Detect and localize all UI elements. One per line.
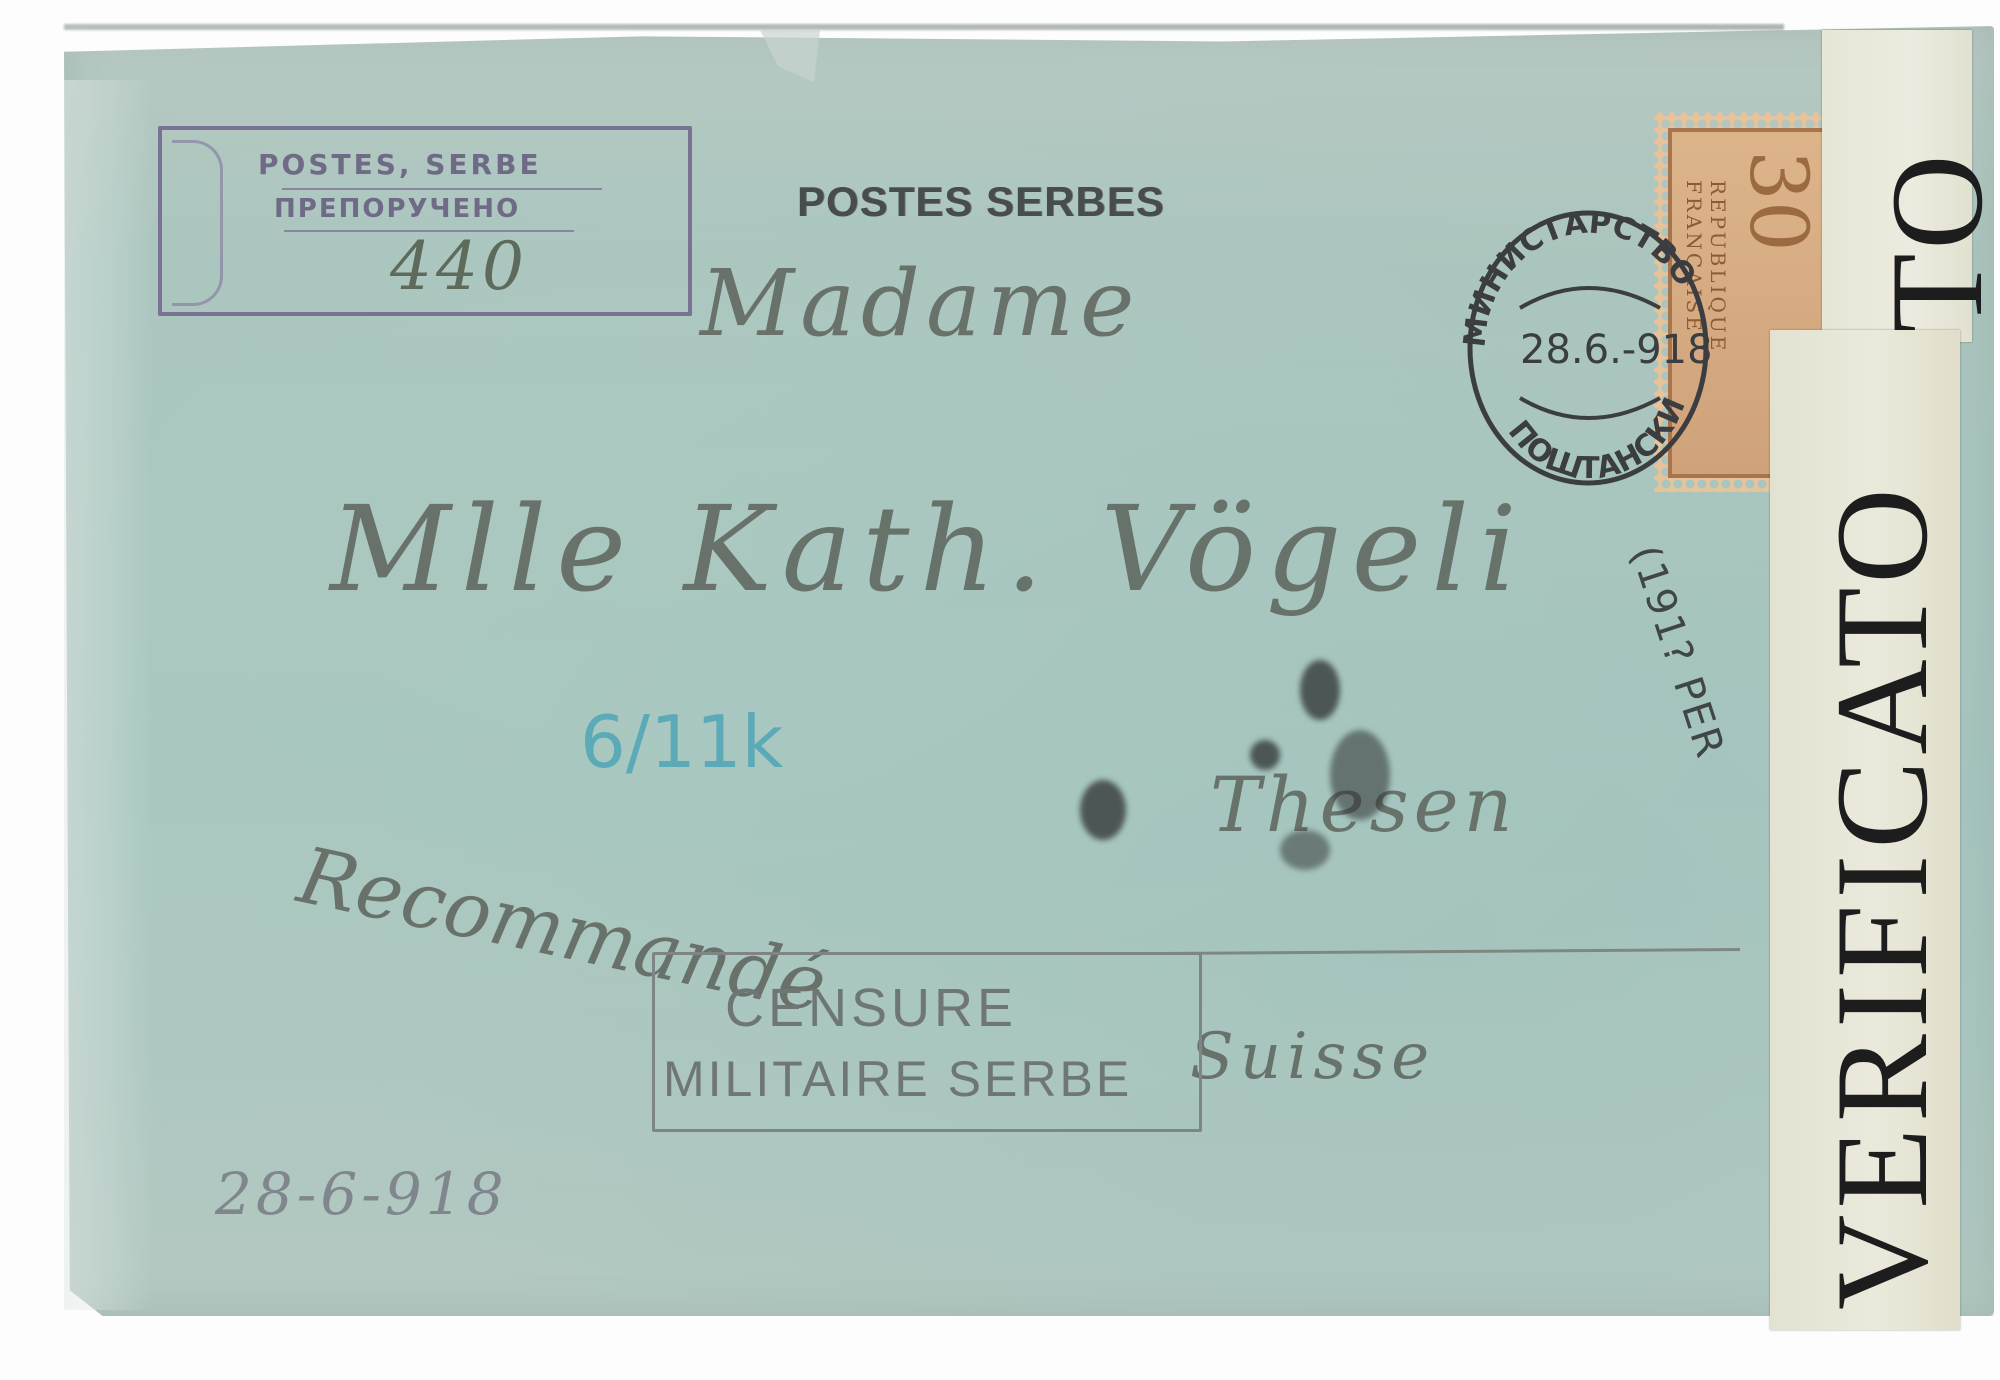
- registration-line-2: ПРЕПОРУЧЕНО: [274, 194, 520, 224]
- handwritten-date: 28-6-918: [215, 1160, 508, 1228]
- ink-blot: [1300, 660, 1340, 720]
- stamp-value: 30: [1732, 150, 1825, 252]
- censor-tape-upper-text: TO: [1860, 44, 2000, 334]
- registration-line-1: POSTES, SERBE: [258, 148, 542, 181]
- postmark-bottom-text: ПОШТАНСКИ: [1501, 393, 1693, 487]
- postmark-cancel: МИНИСТАРСТВО ПОШТАНСКИ 28.6.-918: [1460, 198, 1710, 498]
- recipient-name: Mlle Kath. Vögeli: [330, 480, 1527, 618]
- postes-serbes-marking: POSTES SERBES: [797, 178, 1165, 226]
- ink-blot: [1330, 730, 1390, 820]
- censor-line-2: MILITAIRE SERBE: [663, 1050, 1132, 1108]
- envelope-left-fold: [64, 80, 154, 1310]
- recipient-country: Suisse: [1190, 1020, 1435, 1094]
- svg-text:ПОШТАНСКИ: ПОШТАНСКИ: [1501, 393, 1693, 487]
- postmark-date: 28.6.-918: [1520, 327, 1710, 373]
- envelope-top-edge: [64, 24, 1784, 30]
- registration-label: POSTES, SERBE ПРЕПОРУЧЕНО 440: [158, 126, 692, 316]
- censor-tape-text: VERIFICATO: [1805, 380, 1958, 1310]
- ink-blot: [1250, 740, 1280, 770]
- registration-rule: [282, 188, 602, 190]
- registration-r-mark-icon: [172, 140, 223, 306]
- blue-pencil-note: 6/11k: [580, 700, 783, 784]
- registration-number: 440: [390, 228, 528, 305]
- censor-handstamp: CENSURE MILITAIRE SERBE: [652, 952, 1202, 1132]
- ink-blot: [1280, 830, 1330, 870]
- salutation: Madame: [700, 250, 1140, 357]
- ink-blot: [1080, 780, 1126, 840]
- censor-line-1: CENSURE: [725, 977, 1017, 1039]
